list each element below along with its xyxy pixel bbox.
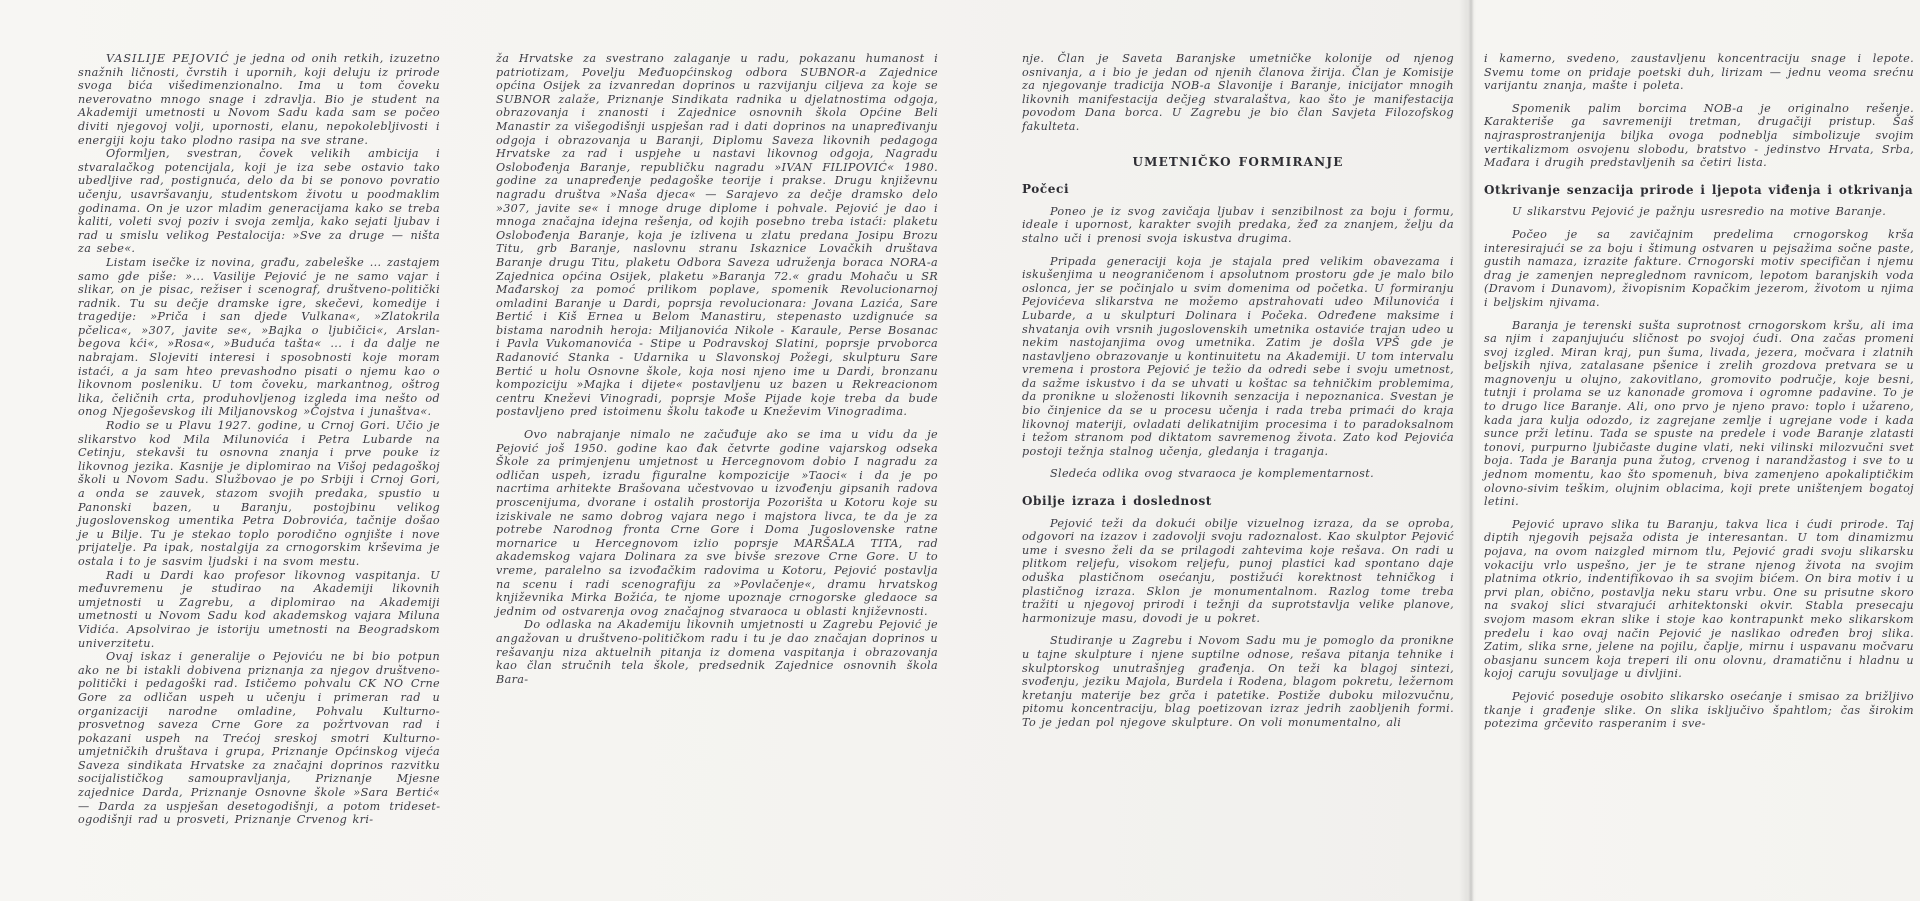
page-fold-shadow [1468,0,1474,901]
paragraph: nje. Član je Saveta Baranjske umetničke … [1022,52,1454,134]
paragraph: Sledeća odlika ovog stvaraoca je komplem… [1022,467,1454,481]
text-column-2: ža Hrvatske za svestrano zalaganje u rad… [496,52,938,686]
paragraph: ža Hrvatske za svestrano zalaganje u rad… [496,52,938,419]
paragraph: Radi u Dardi kao profesor likovnog vaspi… [78,569,440,651]
text-column-1: VASILIJE PEJOVIĆ je jedna od onih retkih… [78,52,440,827]
paragraph: Poneo je iz svog zavičaja ljubav i senzi… [1022,205,1454,246]
paragraph: Rodio se u Plavu 1927. godine, u Crnoj G… [78,419,440,569]
article-lead-name: VASILIJE PEJOVIĆ [106,52,230,65]
text-column-4: i kamerno, svedeno, zaustavljenu koncent… [1484,52,1914,731]
paragraph: Listam isečke iz novina, građu, zabelešk… [78,256,440,419]
paragraph: Oformljen, svestran, čovek velikih ambic… [78,147,440,256]
paragraph: Ovaj iskaz i generalije o Pejoviću ne bi… [78,650,440,827]
paragraph: Pripada generaciji koja je stajala pred … [1022,255,1454,459]
paragraph: Studiranje u Zagrebu i Novom Sadu mu je … [1022,634,1454,729]
sub-heading: Otkrivanje senzacija prirode i ljepota v… [1484,184,1914,198]
paragraph: Do odlaska na Akademiju likovnih umjetno… [496,618,938,686]
paragraph: Pejović upravo slika tu Baranju, takva l… [1484,518,1914,681]
paragraph: Pejović poseduje osobito slikarsko oseća… [1484,690,1914,731]
paragraph: Počeo je sa zavičajnim predelima crnogor… [1484,228,1914,310]
scanned-document-spread: VASILIJE PEJOVIĆ je jedna od onih retkih… [0,0,1920,901]
paragraph: Spomenik palim borcima NOB-a je original… [1484,102,1914,170]
paragraph: Pejović teži da dokući obilje vizuelnog … [1022,517,1454,626]
sub-heading: Počeci [1022,183,1454,197]
section-title: UMETNIČKO FORMIRANJE [1022,156,1454,170]
sub-heading: Obilje izraza i doslednost [1022,495,1454,509]
text-column-3: nje. Član je Saveta Baranjske umetničke … [1022,52,1454,730]
paragraph: Baranja je terenski sušta suprotnost crn… [1484,319,1914,509]
paragraph: i kamerno, svedeno, zaustavljenu koncent… [1484,52,1914,93]
paragraph: U slikarstvu Pejović je pažnju usresredi… [1484,205,1914,219]
paragraph: Ovo nabrajanje nimalo ne začuđuje ako se… [496,428,938,618]
paragraph: VASILIJE PEJOVIĆ je jedna od onih retkih… [78,52,440,147]
